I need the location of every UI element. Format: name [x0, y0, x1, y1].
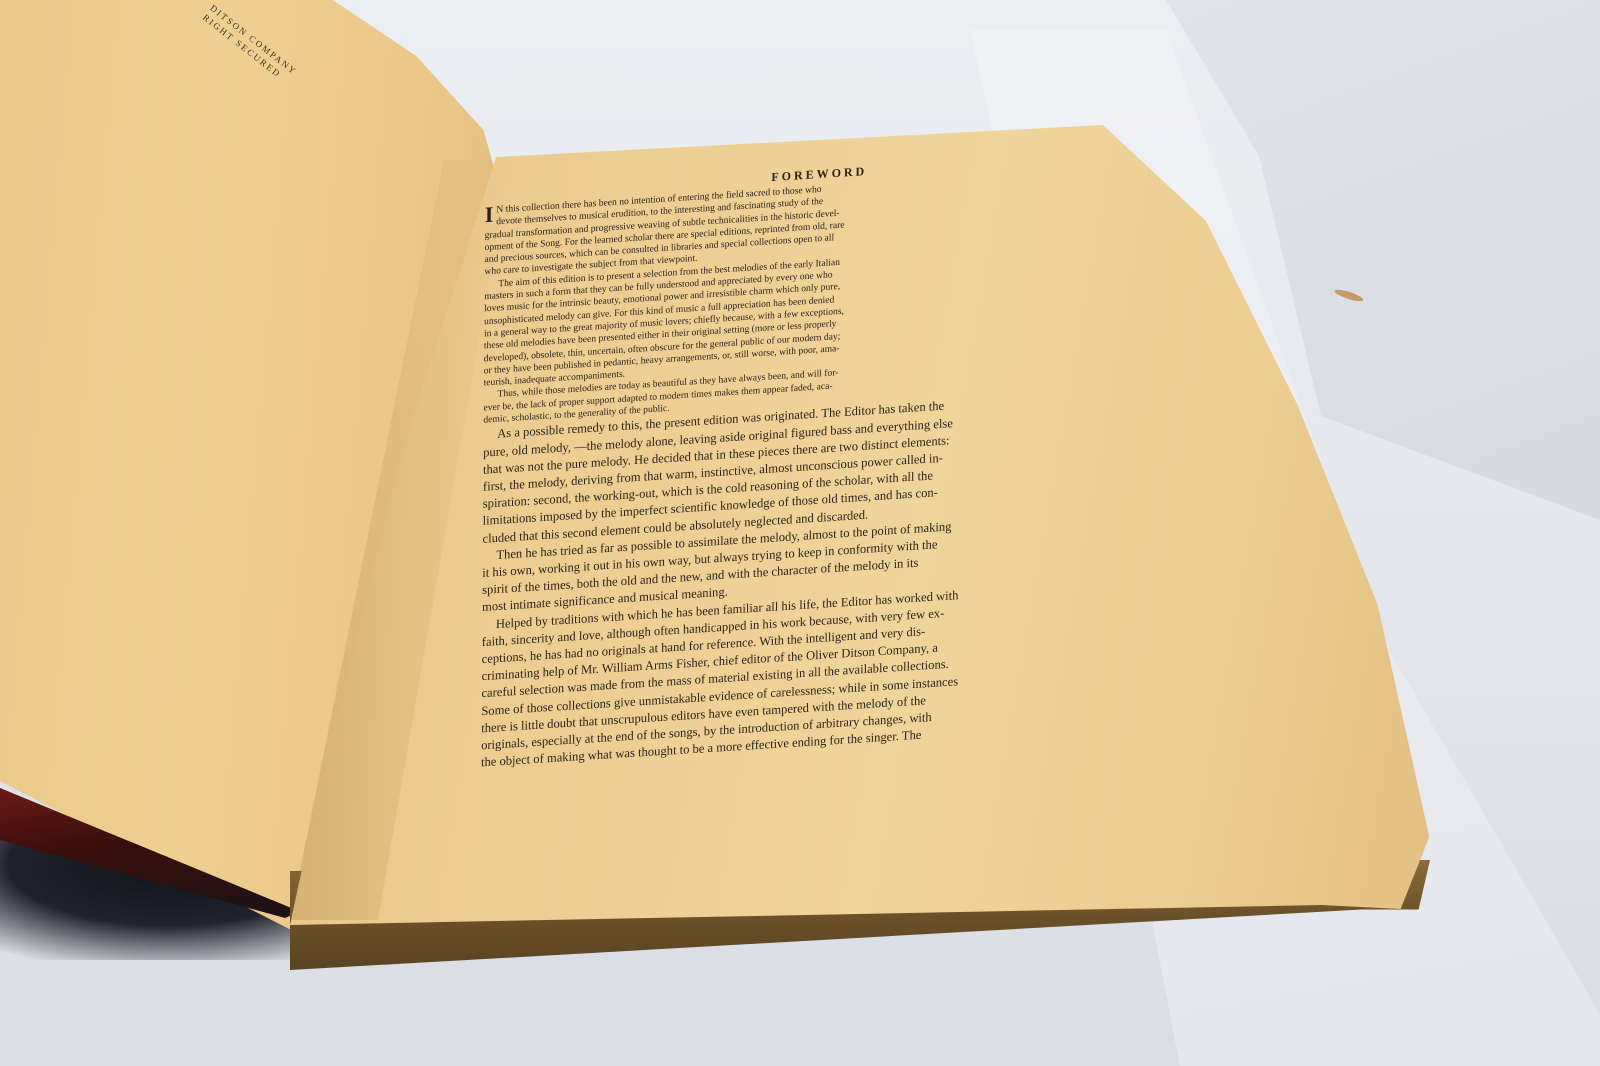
foreword-intro-paragraphs: I N this collection there has been no in…: [483, 163, 1153, 427]
foreword-text: FOREWORD I N this collection there has b…: [481, 146, 1154, 772]
foreword-main-paragraphs: As a possible remedy to this, the presen…: [481, 385, 1152, 772]
drop-cap: I: [485, 205, 494, 226]
photo-scene: DITSON COMPANY RIGHT SECURED FOREWORD I …: [0, 0, 1600, 1066]
